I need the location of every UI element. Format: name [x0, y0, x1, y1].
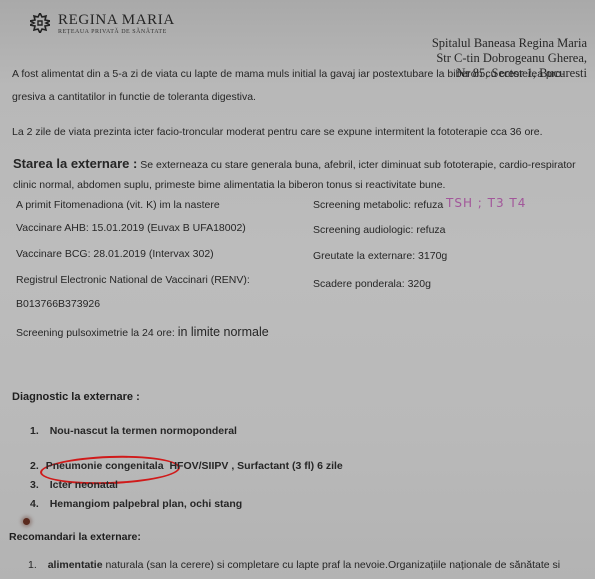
diagnosis-item: 2. Pneumonie congenitala HFOV/SIIPV , Su…: [30, 460, 343, 472]
diagnosis-title: Diagnostic la externare :: [12, 391, 140, 403]
discharge-status-text: Se externeaza cu stare generala buna, af…: [140, 159, 575, 171]
diagnosis-text: Icter neonatal: [50, 479, 118, 491]
pulse-oximetry-value: in limite normale: [178, 325, 269, 339]
recommendation-item: 1. alimentatie naturala (san la cerere) …: [28, 559, 560, 571]
diagnosis-number: 3.: [30, 479, 39, 491]
jaundice-paragraph: La 2 zile de viata prezinta icter facio-…: [12, 126, 543, 138]
feeding-paragraph-line: A fost alimentat din a 5-a zi de viata c…: [12, 68, 565, 80]
diagnosis-text: Hemangiom palpebral plan, ochi stang: [50, 498, 243, 510]
discharge-status-line: clinic normal, abdomen suplu, primeste b…: [13, 179, 445, 191]
recommendation-text: naturala (san la cerere) si completare c…: [103, 559, 561, 571]
hospital-address-line: Str C-tin Dobrogeanu Gherea,: [436, 51, 587, 66]
pulse-oximetry-line: Screening pulsoximetrie la 24 ore: in li…: [16, 325, 269, 339]
diagnosis-number: 4.: [30, 498, 39, 510]
diagnosis-number: 1.: [30, 425, 39, 437]
hospital-address-line: Spitalul Baneasa Regina Maria: [432, 36, 587, 51]
recommendation-bold: alimentatie: [48, 559, 103, 571]
paper-stain: [23, 518, 30, 525]
diagnosis-item: 3. Icter neonatal: [30, 479, 118, 491]
vitamin-k-detail: A primit Fitomenadiona (vit. K) im la na…: [16, 199, 220, 211]
discharge-weight: Greutate la externare: 3170g: [313, 250, 447, 262]
hospital-logo: REGINA MARIA REȚEAUA PRIVATĂ DE SĂNĂTATE: [30, 13, 175, 36]
audiologic-screening: Screening audiologic: refuza: [313, 224, 446, 236]
brand-tagline: REȚEAUA PRIVATĂ DE SĂNĂTATE: [58, 28, 175, 36]
feeding-paragraph-line: gresiva a cantitatilor in functie de tol…: [12, 91, 256, 103]
discharge-status-label: Starea la externare :: [13, 156, 137, 171]
brand-name: REGINA MARIA: [58, 13, 175, 28]
bcg-vaccine-detail: Vaccinare BCG: 28.01.2019 (Intervax 302): [16, 248, 214, 260]
renv-code: B013766B373926: [16, 298, 100, 310]
handwritten-note: TSH ; T3 T4: [446, 196, 526, 210]
metabolic-screening: Screening metabolic: refuza: [313, 199, 443, 211]
diagnosis-number: 2.: [30, 460, 39, 472]
discharge-status-line: Starea la externare : Se externeaza cu s…: [13, 156, 576, 171]
diagnosis-text: Nou-nascut la termen normoponderal: [50, 425, 237, 437]
star-cross-logo-icon: [30, 13, 50, 33]
diagnosis-extra: HFOV/SIIPV , Surfactant (3 fl) 6 zile: [169, 460, 342, 472]
diagnosis-text: Pneumonie congenitala: [46, 460, 164, 472]
recommendation-number: 1.: [28, 559, 37, 571]
recommendations-title: Recomandari la externare:: [9, 531, 141, 543]
pulse-oximetry-label: Screening pulsoximetrie la 24 ore:: [16, 327, 175, 339]
diagnosis-item: 1. Nou-nascut la termen normoponderal: [30, 425, 237, 437]
renv-label: Registrul Electronic National de Vaccina…: [16, 274, 250, 286]
ahb-vaccine-detail: Vaccinare AHB: 15.01.2019 (Euvax B UFA18…: [16, 222, 246, 234]
weight-loss: Scadere ponderala: 320g: [313, 278, 431, 290]
diagnosis-item: 4. Hemangiom palpebral plan, ochi stang: [30, 498, 242, 510]
